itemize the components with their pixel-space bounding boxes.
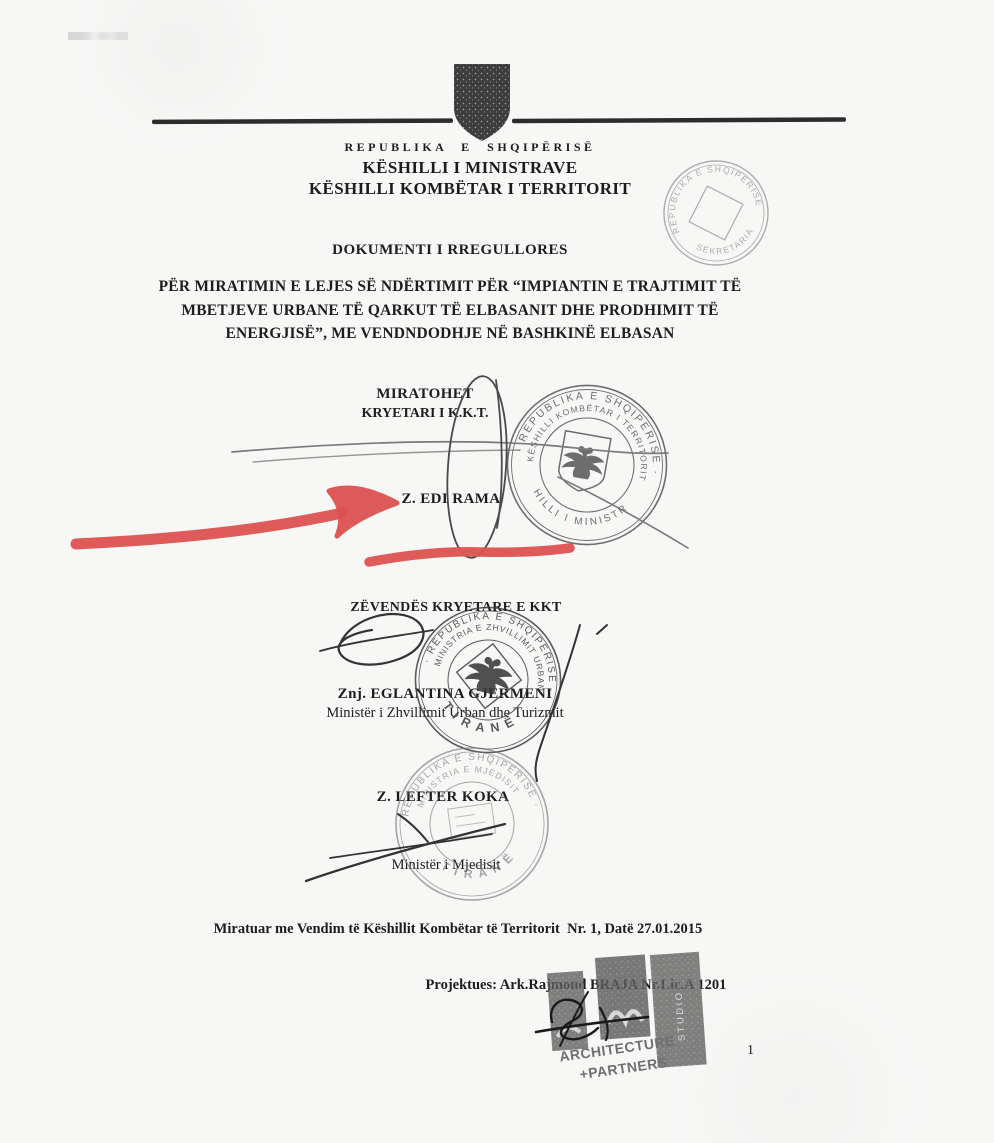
architecture-stamp-line2: +PARTNERS	[579, 1054, 669, 1082]
urban-development-stamp: · REPUBLIKA E SHQIPERISE · MINISTRIA E Z…	[400, 592, 576, 768]
document-type-heading: DOKUMENTI I RREGULLORES	[100, 242, 800, 259]
environment-minister-name: Z. LEFTER KOKA	[93, 789, 793, 806]
urban-stamp-middle-text: MINISTRIA E ZHVILLIMIT URBAN	[432, 610, 559, 694]
document-title-line1: PËR MIRATIMIN E LEJES SË NDËRTIMIT PËR “…	[100, 275, 800, 299]
deputy-heading: ZËVENDËS KRYETARE E KKT	[106, 600, 806, 616]
kkt-stamp-shield	[556, 431, 611, 495]
document-title-line2: MBETJEVE URBANE TË QARKUT TË ELBASANIT D…	[100, 299, 800, 323]
kkt-stamp-eagle-icon	[560, 443, 606, 482]
environment-stamp-frame	[448, 803, 496, 839]
scan-noise-mark	[68, 32, 128, 40]
architecture-logo-curl-glyph	[557, 1027, 581, 1037]
secretariat-stamp-bottom-text: · SEKRETARIA ·	[0, 0, 762, 476]
environment-stamp: · REPUBLIKA E SHQIPERISE · MINISTRIA E M…	[386, 738, 558, 910]
environment-stamp-outer-text: · REPUBLIKA E SHQIPERISE ·	[391, 743, 542, 829]
architecture-logo-m-glyph	[608, 1011, 643, 1023]
red-underline-annotation	[369, 548, 570, 562]
architecture-stamp: STUDIO ARCHITECTURE +PARTNERS	[546, 951, 707, 1084]
svg-text:· SEKRETARIA ·: · SEKRETARIA ·	[0, 0, 762, 476]
approved-label: MIRATOHET	[75, 386, 775, 403]
environment-minister-title: Ministër i Mjedisit	[96, 857, 796, 874]
header-rule	[152, 117, 846, 124]
territorial-council-heading: KËSHILLI KOMBËTAR I TERRITORIT	[170, 179, 770, 199]
chairman-label: KRYETARI I K.K.T.	[75, 406, 775, 422]
document-title-line3: ENERGJISË”, ME VENDNDODHJE NË BASHKINË E…	[100, 322, 800, 346]
council-of-ministers-heading: KËSHILLI I MINISTRAVE	[170, 158, 770, 178]
architecture-stamp-vertical-text: STUDIO	[673, 990, 688, 1042]
architecture-stamp-line1: ARCHITECTURE	[558, 1033, 676, 1065]
page-number: 1	[747, 1043, 754, 1059]
document-title: PËR MIRATIMIN E LEJES SË NDËRTIMIT PËR “…	[100, 275, 800, 346]
coat-of-arms-icon	[454, 64, 510, 141]
designer-line: Projektues: Ark.Rajmond BRAJA Nr.Lic.A 1…	[416, 977, 736, 994]
svg-text:KËSHILLI I MINISTRAVE: KËSHILLI I MINISTRAVE	[0, 0, 720, 536]
designer-signature	[536, 992, 648, 1046]
kkt-stamp-bottom-text: KËSHILLI I MINISTRAVE	[0, 0, 720, 536]
deputy-name: Znj. EGLANTINA GJERMENI	[95, 686, 795, 703]
decision-line: Miratuar me Vendim të Këshillit Kombëtar…	[108, 921, 808, 938]
svg-text:· REPUBLIKA E SHQIPERISE ·: · REPUBLIKA E SHQIPERISE ·	[391, 743, 542, 829]
svg-text:MINISTRIA E ZHVILLIMIT URBAN: MINISTRIA E ZHVILLIMIT URBAN	[432, 610, 559, 694]
deputy-title: Ministër i Zhvillimit Urban dhe Turizmit	[95, 705, 795, 722]
republic-heading: REPUBLIKA E SHQIPËRISË	[170, 140, 770, 155]
chairman-name: Z. EDI RAMA	[101, 491, 801, 508]
scanned-document-page: REPUBLIKA E SHQIPËRISË KËSHILLI I MINIST…	[0, 0, 994, 1143]
